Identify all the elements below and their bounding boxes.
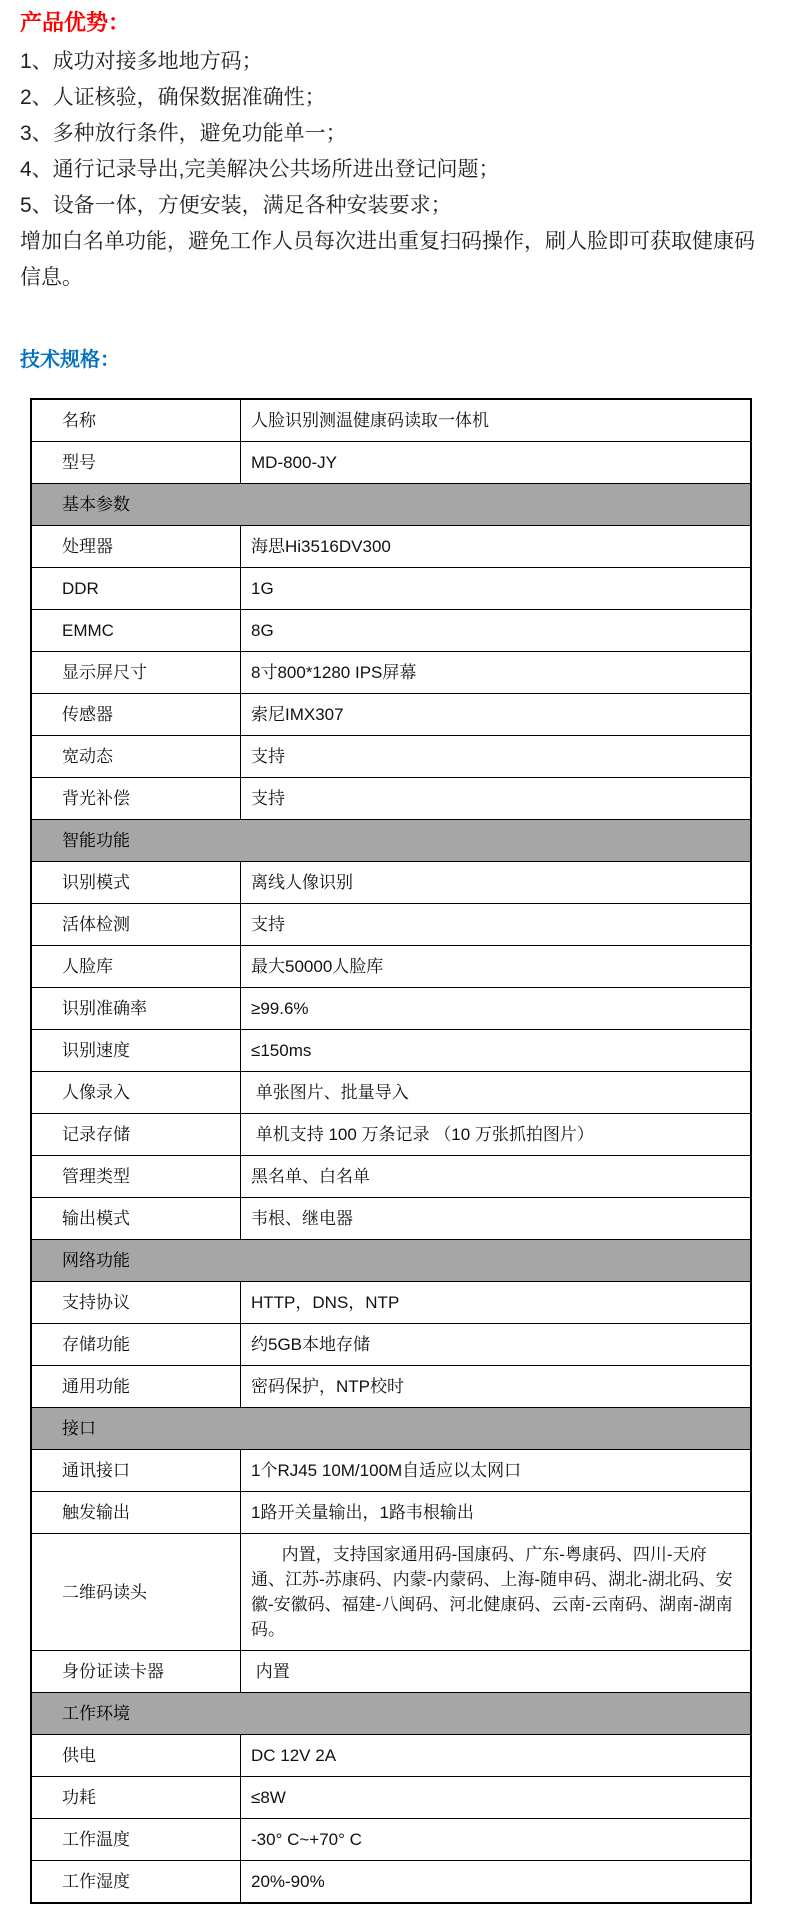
table-row: 身份证读卡器 内置 [31, 1651, 751, 1693]
spec-value: 1个RJ45 10M/100M自适应以太网口 [241, 1450, 752, 1492]
table-row: 处理器海思Hi3516DV300 [31, 526, 751, 568]
advantage-line: 3、多种放行条件，避免功能单一； [20, 116, 770, 152]
section-row: 智能功能 [31, 820, 751, 862]
spec-label: 功耗 [31, 1777, 241, 1819]
table-row: 识别速度≤150ms [31, 1030, 751, 1072]
spec-value: ≤8W [241, 1777, 752, 1819]
section-label: 网络功能 [31, 1240, 751, 1282]
spec-table-body: 名称人脸识别测温健康码读取一体机型号MD-800-JY基本参数处理器海思Hi35… [31, 399, 751, 1903]
table-row: 功耗≤8W [31, 1777, 751, 1819]
table-row: 支持协议HTTP，DNS，NTP [31, 1282, 751, 1324]
table-row: 识别模式离线人像识别 [31, 862, 751, 904]
spec-value: 1路开关量输出，1路韦根输出 [241, 1492, 752, 1534]
spec-value: 索尼IMX307 [241, 694, 752, 736]
spec-label: 识别速度 [31, 1030, 241, 1072]
table-row: 识别准确率≥99.6% [31, 988, 751, 1030]
spec-label: 传感器 [31, 694, 241, 736]
section-label: 智能功能 [31, 820, 751, 862]
table-row: 触发输出1路开关量输出，1路韦根输出 [31, 1492, 751, 1534]
table-row: 背光补偿支持 [31, 778, 751, 820]
spec-label: 型号 [31, 442, 241, 484]
spec-label: 存储功能 [31, 1324, 241, 1366]
table-row: 存储功能约5GB本地存储 [31, 1324, 751, 1366]
spec-value: MD-800-JY [241, 442, 752, 484]
spec-value: 8G [241, 610, 752, 652]
table-row: DDR1G [31, 568, 751, 610]
table-row: 通讯接口1个RJ45 10M/100M自适应以太网口 [31, 1450, 751, 1492]
table-row: 型号MD-800-JY [31, 442, 751, 484]
section-label: 基本参数 [31, 484, 751, 526]
spec-label: 通用功能 [31, 1366, 241, 1408]
table-row: 工作温度-30° C~+70° C [31, 1819, 751, 1861]
table-row: 活体检测支持 [31, 904, 751, 946]
spec-label: 名称 [31, 399, 241, 442]
spec-value: 最大50000人脸库 [241, 946, 752, 988]
spec-label: 支持协议 [31, 1282, 241, 1324]
table-row: 输出模式韦根、继电器 [31, 1198, 751, 1240]
advantages-list: 1、成功对接多地地方码；2、人证核验，确保数据准确性；3、多种放行条件，避免功能… [20, 44, 770, 296]
table-row: 人像录入 单张图片、批量导入 [31, 1072, 751, 1114]
spec-value: 黑名单、白名单 [241, 1156, 752, 1198]
advantage-line: 5、设备一体，方便安装，满足各种安装要求； [20, 188, 770, 224]
spec-label: 记录存储 [31, 1114, 241, 1156]
spec-label: 通讯接口 [31, 1450, 241, 1492]
spec-label: 处理器 [31, 526, 241, 568]
spec-label: 识别模式 [31, 862, 241, 904]
spec-label: DDR [31, 568, 241, 610]
table-row: 宽动态支持 [31, 736, 751, 778]
spec-label: 活体检测 [31, 904, 241, 946]
spec-value: ≤150ms [241, 1030, 752, 1072]
table-row: 记录存储 单机支持 100 万条记录 （10 万张抓拍图片） [31, 1114, 751, 1156]
spec-label: 工作湿度 [31, 1861, 241, 1904]
table-row: 传感器索尼IMX307 [31, 694, 751, 736]
spec-value: 约5GB本地存储 [241, 1324, 752, 1366]
spec-value: 离线人像识别 [241, 862, 752, 904]
section-row: 网络功能 [31, 1240, 751, 1282]
advantage-line: 4、通行记录导出,完美解决公共场所进出登记问题； [20, 152, 770, 188]
table-row: 人脸库最大50000人脸库 [31, 946, 751, 988]
spec-value: 单机支持 100 万条记录 （10 万张抓拍图片） [241, 1114, 752, 1156]
spec-value: ≥99.6% [241, 988, 752, 1030]
spec-value: -30° C~+70° C [241, 1819, 752, 1861]
spec-value: 密码保护，NTP校时 [241, 1366, 752, 1408]
spec-label: 人像录入 [31, 1072, 241, 1114]
spec-value: HTTP，DNS，NTP [241, 1282, 752, 1324]
spec-label: 输出模式 [31, 1198, 241, 1240]
advantages-title: 产品优势： [20, 8, 770, 38]
section-row: 接口 [31, 1408, 751, 1450]
spec-value: 支持 [241, 778, 752, 820]
spec-value: 内置 [241, 1651, 752, 1693]
spec-label: 工作温度 [31, 1819, 241, 1861]
spec-value: 1G [241, 568, 752, 610]
section-label: 工作环境 [31, 1693, 751, 1735]
specs-title: 技术规格： [20, 346, 770, 374]
spec-value: 20%-90% [241, 1861, 752, 1904]
advantage-line: 1、成功对接多地地方码； [20, 44, 770, 80]
spec-value: 人脸识别测温健康码读取一体机 [241, 399, 752, 442]
page-content: 产品优势： 1、成功对接多地地方码；2、人证核验，确保数据准确性；3、多种放行条… [0, 0, 790, 1916]
spec-value: 支持 [241, 904, 752, 946]
advantage-line: 2、人证核验，确保数据准确性； [20, 80, 770, 116]
table-row: EMMC8G [31, 610, 751, 652]
spec-value: 韦根、继电器 [241, 1198, 752, 1240]
spec-value: 支持 [241, 736, 752, 778]
spec-value: 单张图片、批量导入 [241, 1072, 752, 1114]
spec-label: 触发输出 [31, 1492, 241, 1534]
spec-label: 显示屏尺寸 [31, 652, 241, 694]
spec-label: 身份证读卡器 [31, 1651, 241, 1693]
spec-label: 宽动态 [31, 736, 241, 778]
section-label: 接口 [31, 1408, 751, 1450]
section-row: 工作环境 [31, 1693, 751, 1735]
table-row: 名称人脸识别测温健康码读取一体机 [31, 399, 751, 442]
spec-value: DC 12V 2A [241, 1735, 752, 1777]
table-row: 二维码读头内置，支持国家通用码-国康码、广东-粤康码、四川-天府通、江苏-苏康码… [31, 1534, 751, 1651]
spec-label: 人脸库 [31, 946, 241, 988]
table-row: 供电DC 12V 2A [31, 1735, 751, 1777]
spec-label: 供电 [31, 1735, 241, 1777]
spec-value: 海思Hi3516DV300 [241, 526, 752, 568]
table-row: 通用功能密码保护，NTP校时 [31, 1366, 751, 1408]
spec-value: 内置，支持国家通用码-国康码、广东-粤康码、四川-天府通、江苏-苏康码、内蒙-内… [241, 1534, 752, 1651]
table-row: 显示屏尺寸8寸800*1280 IPS屏幕 [31, 652, 751, 694]
spec-label: 识别准确率 [31, 988, 241, 1030]
spec-table: 名称人脸识别测温健康码读取一体机型号MD-800-JY基本参数处理器海思Hi35… [30, 398, 752, 1904]
advantage-line: 增加白名单功能，避免工作人员每次进出重复扫码操作，刷人脸即可获取健康码信息。 [20, 224, 770, 296]
section-row: 基本参数 [31, 484, 751, 526]
spec-label: 背光补偿 [31, 778, 241, 820]
spec-label: EMMC [31, 610, 241, 652]
table-row: 工作湿度20%-90% [31, 1861, 751, 1904]
table-row: 管理类型黑名单、白名单 [31, 1156, 751, 1198]
spec-label: 二维码读头 [31, 1534, 241, 1651]
spec-label: 管理类型 [31, 1156, 241, 1198]
spec-value: 8寸800*1280 IPS屏幕 [241, 652, 752, 694]
